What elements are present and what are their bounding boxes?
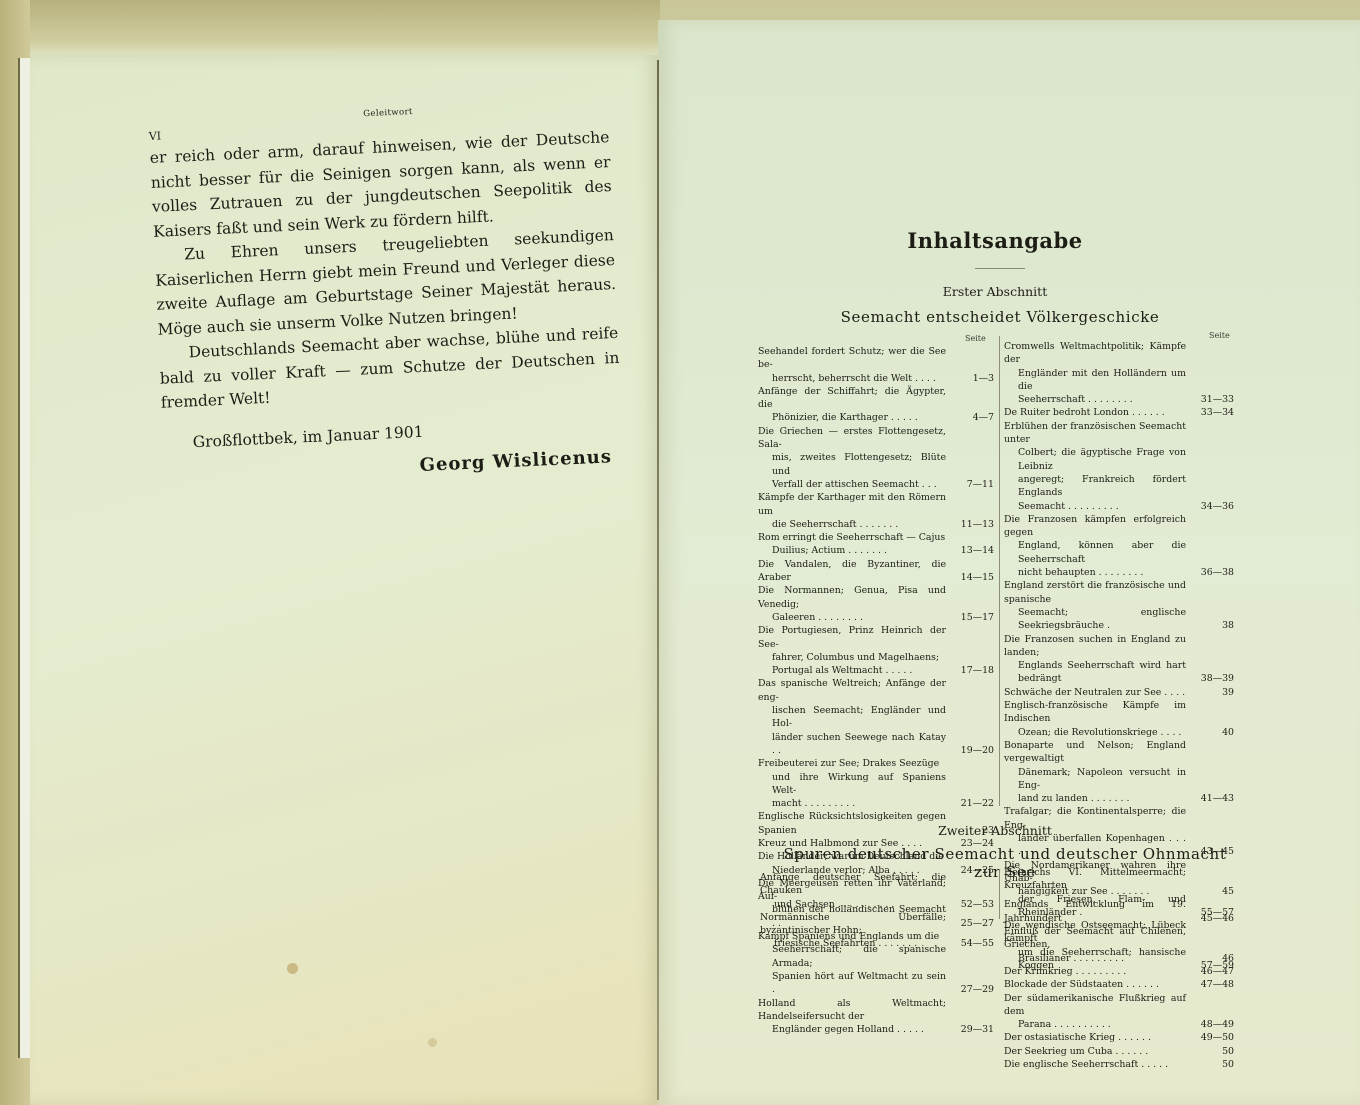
toc-entry-text: Die Franzosen kämpfen erfolgreich gegen — [1004, 513, 1186, 540]
toc-page-range: 21—22 — [946, 797, 994, 810]
toc-entry-text: mis, zweites Flottengesetz; Blüte und — [758, 451, 946, 478]
toc-entry-text: die Seeherrschaft . . . . . . . — [758, 518, 946, 531]
toc-entry-text: Colbert; die ägyptische Frage von Leibni… — [1004, 446, 1186, 473]
toc-entry: Seehandel fordert Schutz; wer die See be… — [758, 345, 994, 385]
toc-entry-text: Rom erringt die Seeherrschaft — Cajus — [758, 531, 946, 544]
section-title: Seemacht entscheidet Völkergeschicke — [830, 308, 1170, 326]
toc-entry-text: England zerstört die französische und sp… — [1004, 579, 1186, 606]
toc-entry: Erblühen der französischen Seemacht unte… — [1004, 420, 1234, 513]
toc-page-range: 11—13 — [946, 518, 994, 531]
toc-entry-text: Galeeren . . . . . . . . — [758, 611, 946, 624]
toc-entry-text: der Friesen, Flam- und Rheinländer . — [1004, 893, 1186, 920]
toc-page-range: 50 — [1186, 1045, 1234, 1058]
toc-entry-text: lischen Seemacht; Engländer und Hol- — [758, 704, 946, 731]
toc-entry-text: England, können aber die Seeherrschaft — [1004, 539, 1186, 566]
toc-page-range: 38 — [1186, 619, 1234, 632]
toc-entry-text: um die Seeherrschaft; hansische Koggen — [1004, 946, 1186, 973]
seite-label: Seite — [1209, 331, 1230, 340]
toc-entry-text: und Sachsen . . . . . . . . . . — [760, 898, 946, 911]
toc-page-range: 31—33 — [1186, 393, 1234, 406]
section-label: Erster Abschnitt — [880, 284, 1110, 299]
toc-entry: Die Franzosen suchen in England zu lande… — [1004, 633, 1234, 686]
toc-entry-text: macht . . . . . . . . . — [758, 797, 946, 810]
toc-entry-text: Die Normannen; Genua, Pisa und Venedig; — [758, 584, 946, 611]
toc-entry-text: Die Vandalen, die Byzantiner, die Araber — [758, 558, 946, 585]
toc-entry: Die Franzosen kämpfen erfolgreich gegenE… — [1004, 513, 1234, 579]
toc-entry: Die Normannen; Genua, Pisa und Venedig;G… — [758, 584, 994, 624]
toc-entry-text: friesische Seefahrten . . . . . . . — [760, 937, 946, 950]
toc-entry-text: und ihre Wirkung auf Spaniens Welt- — [758, 771, 946, 798]
toc-entry: Normännische Überfälle; byzantinischer H… — [760, 911, 994, 951]
toc-entry: Schwäche der Neutralen zur See . . . .39 — [1004, 686, 1234, 699]
toc-entry-text: herrscht, beherrscht die Welt . . . . — [758, 372, 946, 385]
toc-entry-text: Die Portugiesen, Prinz Heinrich der See- — [758, 624, 946, 651]
toc-entry-text: land zu landen . . . . . . . — [1004, 792, 1186, 805]
toc-page-range: 52—53 — [946, 898, 994, 911]
toc-entry-text: De Ruiter bedroht London . . . . . . — [1004, 406, 1186, 419]
toc-entry-text: Die Franzosen suchen in England zu lande… — [1004, 633, 1186, 660]
column-divider — [999, 869, 1000, 919]
toc-entry-text: Spanien hört auf Weltmacht zu sein . — [758, 970, 946, 997]
seite-label: Seite — [965, 334, 986, 343]
toc-entry: Englisch-französische Kämpfe im Indische… — [1004, 699, 1234, 739]
toc-page-range: 47—48 — [1186, 978, 1234, 991]
toc-entry: Bonaparte und Nelson; England vergewalti… — [1004, 739, 1234, 805]
toc-title: Inhaltsangabe — [880, 228, 1110, 253]
toc-page-range: 33—34 — [1186, 406, 1234, 419]
toc-entry: Blockade der Südstaaten . . . . . .47—48 — [1004, 978, 1234, 991]
toc-entry-text: Ozean; die Revolutionskriege . . . . — [1004, 726, 1186, 739]
toc-entry-text: Anfänge deutscher Seefahrt; die Chauken — [760, 871, 946, 898]
toc-page-range: 34—36 — [1186, 500, 1234, 513]
toc-entry-text: Erblühen der französischen Seemacht unte… — [1004, 420, 1186, 447]
toc-entry-text: Engländer mit den Holländern um die — [1004, 367, 1186, 394]
toc-page-range: 40 — [1186, 726, 1234, 739]
toc-entry: Der Seekrieg um Cuba . . . . . .50 — [1004, 1045, 1234, 1058]
toc-page-range: 38—39 — [1186, 672, 1234, 685]
paper-stain — [428, 1038, 437, 1047]
toc-entry-text: Englisch-französische Kämpfe im Indische… — [1004, 699, 1186, 726]
toc-entry-text: angeregt; Frankreich fördert Englands — [1004, 473, 1186, 500]
column-divider — [999, 336, 1000, 806]
section-label: Zweiter Abschnitt — [880, 823, 1110, 838]
toc-entry: Die englische Seeherrschaft . . . . .50 — [1004, 1058, 1234, 1071]
toc-page-range: 19—20 — [946, 744, 994, 757]
paper-stain — [287, 963, 298, 974]
toc-page-range: 1—3 — [946, 372, 994, 385]
toc-entry-text: länder suchen Seewege nach Katay . . — [758, 731, 946, 758]
left-page-text: Geleitwort VI er reich oder arm, darauf … — [148, 97, 624, 490]
toc-entry: Freibeuterei zur See; Drakes Seezügeund … — [758, 757, 994, 810]
toc-entry-text: Normännische Überfälle; byzantinischer H… — [760, 911, 946, 938]
toc-page-range: 39 — [1186, 686, 1234, 699]
toc-page-range: 36—38 — [1186, 566, 1234, 579]
toc-entry-text: Cromwells Weltmachtpolitik; Kämpfe der — [1004, 340, 1186, 367]
toc-entry-text: Verfall der attischen Seemacht . . . — [758, 478, 946, 491]
title-rule — [975, 268, 1025, 269]
toc-entry-text: Seemacht; englische Seekriegsbräuche . — [1004, 606, 1186, 633]
toc-entry-text: Seemacht . . . . . . . . . — [1004, 500, 1186, 513]
toc-page-range: 57—59 — [1186, 959, 1234, 972]
toc-page-range: 55—57 — [1186, 906, 1234, 919]
toc-entry-text: Parana . . . . . . . . . . — [1004, 1018, 1186, 1031]
toc-entry-text: Heinrichs VI. Mittelmeermacht; Kreuzfahr… — [1004, 866, 1186, 893]
toc-page-range: 29—31 — [946, 1023, 994, 1036]
toc-entry: Die Vandalen, die Byzantiner, die Araber… — [758, 558, 994, 585]
toc-entry-text: Der Seekrieg um Cuba . . . . . . — [1004, 1045, 1186, 1058]
toc-page-range: 15—17 — [946, 611, 994, 624]
toc-entry: Das spanische Weltreich; Anfänge der eng… — [758, 677, 994, 757]
toc-entry-text: Die wendische Ostseemacht; Lübeck kämpft — [1004, 919, 1186, 946]
toc-entry: Cromwells Weltmachtpolitik; Kämpfe derEn… — [1004, 340, 1234, 406]
toc-entry-text: Englands Seeherrschaft wird hart bedräng… — [1004, 659, 1186, 686]
toc-entry-text: Blockade der Südstaaten . . . . . . — [1004, 978, 1186, 991]
toc-entry: De Ruiter bedroht London . . . . . .33—3… — [1004, 406, 1234, 419]
toc-entry-text: fahrer, Columbus und Magelhaens; — [758, 651, 946, 664]
toc-column-right: Heinrichs VI. Mittelmeermacht; Kreuzfahr… — [1004, 866, 1234, 972]
toc-entry: Die Portugiesen, Prinz Heinrich der See-… — [758, 624, 994, 677]
toc-entry-text: Freibeuterei zur See; Drakes Seezüge — [758, 757, 946, 770]
toc-entry-text: Das spanische Weltreich; Anfänge der eng… — [758, 677, 946, 704]
toc-entry-text: Holland als Weltmacht; Handelseifersucht… — [758, 997, 946, 1024]
toc-page-range: 13—14 — [946, 544, 994, 557]
toc-entry: Anfänge der Schiffahrt; die Ägypter, die… — [758, 385, 994, 425]
book-gutter — [657, 60, 659, 1100]
toc-page-range: 17—18 — [946, 664, 994, 677]
toc-page-range: 14—15 — [946, 571, 994, 584]
toc-entry: Die Griechen — erstes Flottengesetz, Sal… — [758, 425, 994, 491]
toc-entry: England zerstört die französische und sp… — [1004, 579, 1234, 632]
toc-entry: Kämpfe der Karthager mit den Römern umdi… — [758, 491, 994, 531]
toc-entry-text: Schwäche der Neutralen zur See . . . . — [1004, 686, 1186, 699]
toc-entry-text: Dänemark; Napoleon versucht in Eng- — [1004, 766, 1186, 793]
toc-entry-text: Bonaparte und Nelson; England vergewalti… — [1004, 739, 1186, 766]
toc-entry-text: Die englische Seeherrschaft . . . . . — [1004, 1058, 1186, 1071]
toc-entry-text: Portugal als Weltmacht . . . . . — [758, 664, 946, 677]
toc-entry: Heinrichs VI. Mittelmeermacht; Kreuzfahr… — [1004, 866, 1234, 919]
toc-entry: Der südamerikanische Flußkrieg auf demPa… — [1004, 992, 1234, 1032]
toc-page-range: 41—43 — [1186, 792, 1234, 805]
toc-entry-text: Die Griechen — erstes Flottengesetz, Sal… — [758, 425, 946, 452]
toc-column-left: Anfänge deutscher Seefahrt; die Chaukenu… — [760, 871, 994, 951]
toc-entry-text: Engländer gegen Holland . . . . . — [758, 1023, 946, 1036]
top-shadow — [30, 0, 660, 58]
toc-page-range: 50 — [1186, 1058, 1234, 1071]
toc-page-range: 49—50 — [1186, 1031, 1234, 1044]
toc-page-range: 4—7 — [946, 411, 994, 424]
toc-entry-text: Kämpfe der Karthager mit den Römern um — [758, 491, 946, 518]
toc-entry-text: Duilius; Actium . . . . . . . — [758, 544, 946, 557]
toc-entry: Die wendische Ostseemacht; Lübeck kämpft… — [1004, 919, 1234, 972]
toc-entry-text: Seeherrschaft . . . . . . . . — [1004, 393, 1186, 406]
toc-page-range: 48—49 — [1186, 1018, 1234, 1031]
toc-page-range: 54—55 — [946, 937, 994, 950]
toc-page-range: 7—11 — [946, 478, 994, 491]
toc-entry-text: Phönizier, die Karthager . . . . . — [758, 411, 946, 424]
toc-entry: Holland als Weltmacht; Handelseifersucht… — [758, 997, 994, 1037]
toc-entry-text: Der ostasiatische Krieg . . . . . . — [1004, 1031, 1186, 1044]
toc-page-range: 27—29 — [946, 983, 994, 996]
toc-entry-text: Der südamerikanische Flußkrieg auf dem — [1004, 992, 1186, 1019]
book-spread: Geleitwort VI er reich oder arm, darauf … — [0, 0, 1360, 1105]
toc-entry: Anfänge deutscher Seefahrt; die Chaukenu… — [760, 871, 994, 911]
toc-entry-text: nicht behaupten . . . . . . . . — [1004, 566, 1186, 579]
toc-entry: Der ostasiatische Krieg . . . . . .49—50 — [1004, 1031, 1234, 1044]
toc-entry-text: Seehandel fordert Schutz; wer die See be… — [758, 345, 946, 372]
toc-entry: Rom erringt die Seeherrschaft — CajusDui… — [758, 531, 994, 558]
toc-entry-text: Anfänge der Schiffahrt; die Ägypter, die — [758, 385, 946, 412]
